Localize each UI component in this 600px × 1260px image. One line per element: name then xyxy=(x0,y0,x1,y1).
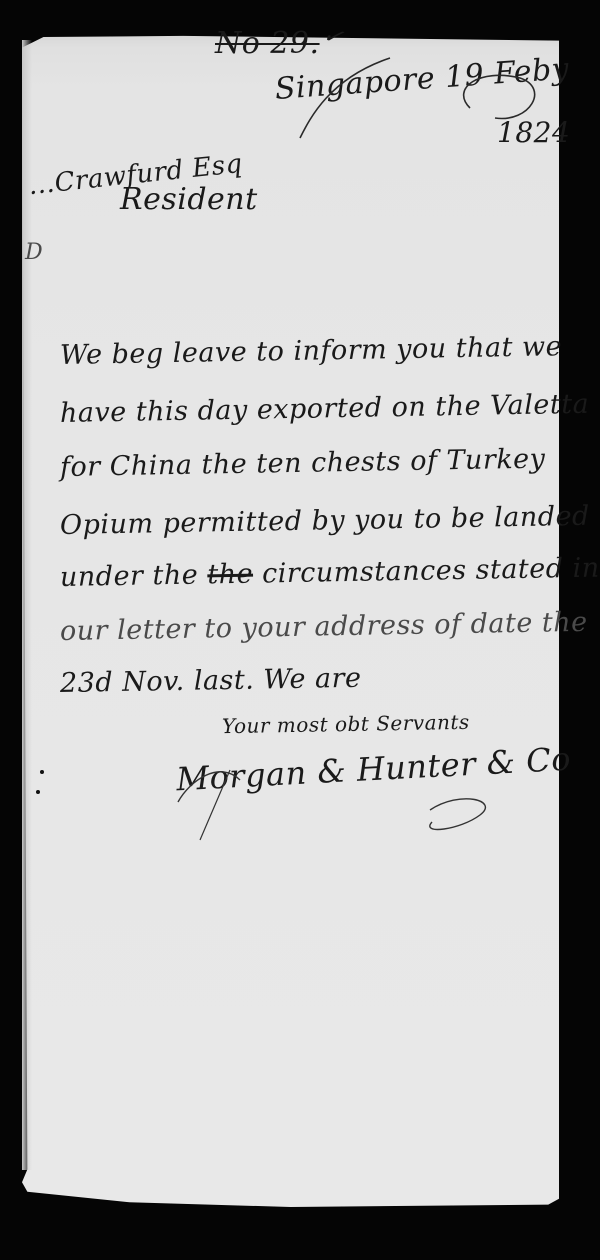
body-text: under the xyxy=(60,560,199,593)
reference-number: No 29. xyxy=(215,26,320,61)
sheet-edge-shadow xyxy=(22,40,32,1170)
margin-dot xyxy=(36,790,40,794)
margin-mark: D xyxy=(25,240,43,265)
addressee-title: Resident xyxy=(120,182,258,217)
margin-dot xyxy=(40,770,44,774)
body-line: 23d Nov. last. We are xyxy=(60,663,362,699)
body-text: circumstances stated in xyxy=(262,553,600,590)
struck-word: the xyxy=(207,559,253,591)
valediction: Your most obt Servants xyxy=(222,710,470,738)
date-year: 1824 xyxy=(497,116,570,149)
